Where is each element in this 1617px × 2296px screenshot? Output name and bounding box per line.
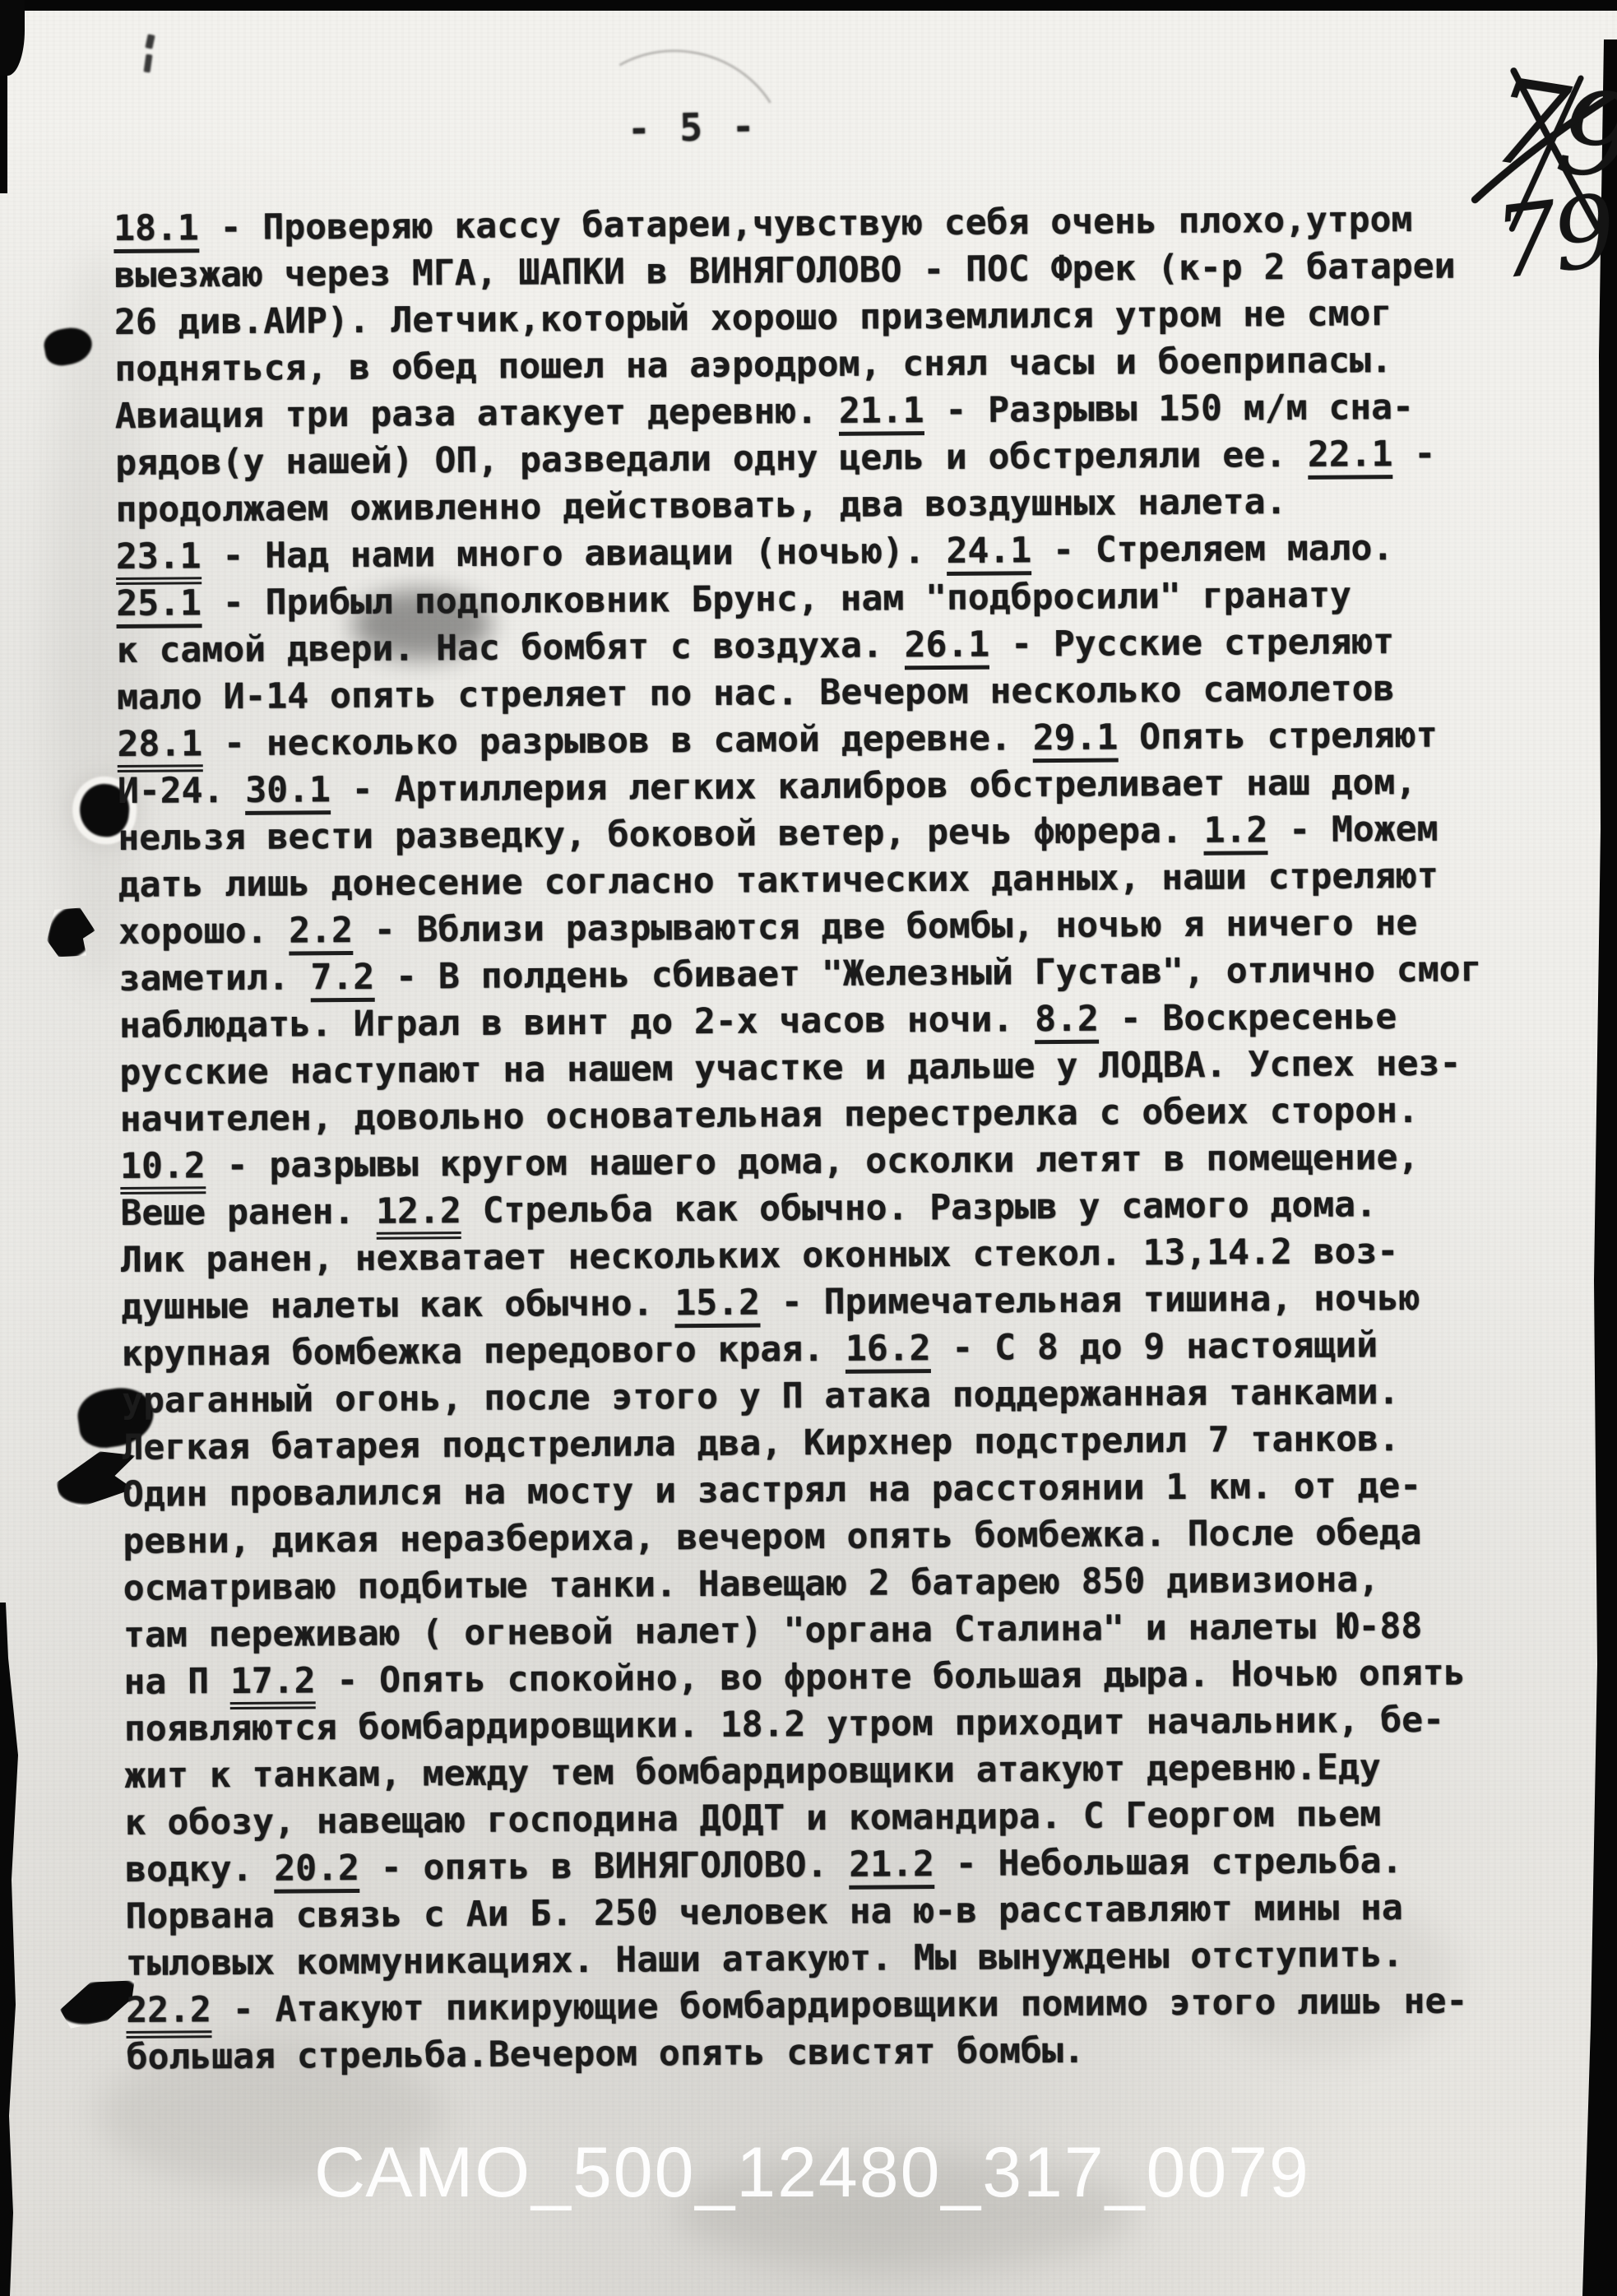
text-segment: - Над нами много авиации (ночью). [201, 531, 946, 577]
text-segment: к обозу, навещаю господина ДОДТ и команд… [125, 1793, 1382, 1844]
text-segment: крупная бомбежка передового края. [122, 1329, 846, 1375]
text-segment: Авиация три раза атакует деревню. [115, 391, 840, 437]
date-marker: 17.2 [230, 1660, 316, 1709]
date-marker: 15.2 [674, 1283, 760, 1329]
text-segment: - Опять спокойно, во фронте большая дыра… [315, 1653, 1465, 1702]
text-segment: рядов(у нашей) ОП, разведали одну цель и… [115, 434, 1308, 484]
text-segment: - Небольшая стрельба. [934, 1840, 1403, 1885]
text-segment: 26 див.АИР). Летчик,который хорошо призе… [114, 293, 1392, 343]
text-segment: наблюдать. Играл в винт до 2-х часов ноч… [119, 999, 1036, 1046]
text-segment: - Можем [1267, 809, 1438, 851]
date-marker: 22.1 [1308, 434, 1393, 480]
text-segment: - Артиллерия легких калибров обстреливае… [331, 762, 1417, 810]
date-marker: 16.2 [846, 1328, 931, 1374]
text-segment: там переживаю ( огневой налет) "органа С… [123, 1606, 1422, 1656]
text-segment: Лик ранен, нехватает нескольких оконных … [121, 1231, 1399, 1281]
text-segment: начителен, довольно основательная перест… [120, 1090, 1419, 1140]
text-segment: водку. [125, 1848, 275, 1890]
text-segment: осматриваю подбитые танки. Навещаю 2 бат… [123, 1559, 1380, 1609]
text-line: большая стрельба.Вечером опять свистят б… [127, 2025, 1554, 2081]
scanned-document-page: - 5 - 79 79 18.1 - Проверяю кассу батаре… [0, 0, 1617, 2296]
date-marker: 23.1 [116, 536, 202, 585]
text-segment: - [1392, 434, 1435, 475]
text-segment: Опять стреляют [1118, 715, 1438, 758]
date-marker: 21.2 [849, 1844, 934, 1890]
archive-watermark: САМО_500_12480_317_0079 [314, 2132, 1310, 2214]
text-segment: - Вблизи разрываются две бомбы, ночью я … [353, 902, 1418, 951]
text-segment: - Стреляем мало. [1031, 527, 1393, 571]
date-marker: 24.1 [946, 530, 1031, 576]
date-marker: 18.1 [114, 207, 199, 253]
text-body: 18.1 - Проверяю кассу батареи,чувствую с… [114, 196, 1554, 2081]
text-segment: продолжаем оживленно действовать, два во… [115, 481, 1286, 531]
text-segment: - разрывы кругом нашего дома, осколки ле… [206, 1137, 1420, 1186]
text-segment: - Русские стреляют [989, 621, 1394, 665]
text-segment: душные налеты как обычно. [121, 1283, 674, 1328]
text-segment: - С 8 до 9 настоящий [930, 1324, 1378, 1369]
text-segment: - опять в ВИНЯГОЛОВО. [359, 1844, 850, 1889]
text-segment: Порвана связь с Аи Б. 250 человек на ю-в… [125, 1887, 1403, 1937]
date-marker: 7.2 [310, 957, 374, 1003]
text-segment: - В полдень сбивает "Железный Густав", о… [374, 949, 1482, 997]
text-segment: на П [123, 1661, 230, 1703]
scan-edge-left-bottom [0, 1603, 21, 2296]
date-marker: 8.2 [1035, 999, 1099, 1045]
text-segment: нельзя вести разведку, боковой ветер, ре… [118, 810, 1204, 859]
text-segment: заметил. [118, 957, 310, 1000]
date-marker: 12.2 [376, 1190, 461, 1240]
text-segment: Веше ранен. [120, 1191, 376, 1234]
text-segment: И-24. [118, 770, 246, 812]
text-segment: - Воскресенье [1099, 996, 1397, 1040]
text-segment: Легкая батарея подстрелила два, Кирхнер … [122, 1418, 1400, 1468]
text-segment: дать лишь донесение согласно тактических… [118, 856, 1439, 906]
date-marker: 10.2 [120, 1145, 206, 1194]
text-segment: Один провалился на мосту и застрял на ра… [123, 1465, 1421, 1515]
text-segment: ревни, дикая неразбериха, вечером опять … [123, 1512, 1421, 1562]
text-segment: - Прибыл подполковник Брунс, нам "подбро… [202, 575, 1351, 624]
text-segment: выезжаю через МГА, ШАПКИ в ВИНЯГОЛОВО - … [114, 246, 1455, 296]
text-segment: к самой двери. Нас бомбят с воздуха. [117, 624, 905, 671]
text-segment: тыловых коммуникациях. Наши атакуют. Мы … [126, 1934, 1404, 1984]
date-marker: 1.2 [1203, 809, 1267, 856]
date-marker: 21.1 [839, 390, 924, 436]
text-segment: мало И-14 опять стреляет по нас. Вечером… [117, 668, 1395, 718]
text-segment: ураганный огонь, после этого у П атака п… [122, 1371, 1400, 1422]
date-marker: 22.2 [126, 1989, 211, 2039]
text-segment: Стрельба как обычно. Разрыв у самого дом… [461, 1184, 1378, 1231]
text-segment: русские наступают на нашем участке и дал… [119, 1043, 1461, 1093]
scan-edge-right [1579, 39, 1617, 2296]
text-line: 22.2 - Атакуют пикирующие бомбардировщик… [126, 1978, 1554, 2034]
date-marker: 25.1 [116, 582, 202, 629]
scan-edge-top [0, 0, 1617, 11]
text-segment: - Примечательная тишина, ночью [760, 1278, 1420, 1324]
text-segment: - Проверяю кассу батареи,чувствую себя о… [199, 199, 1413, 248]
text-segment: - Разрывы 150 м/м сна- [924, 387, 1414, 431]
text-segment: подняться, в обед пошел на аэродром, сня… [114, 340, 1392, 390]
date-marker: 2.2 [289, 910, 353, 956]
text-segment: - Атакуют пикирующие бомбардировщики пом… [211, 1981, 1468, 2031]
date-marker: 26.1 [904, 624, 989, 670]
text-line: рядов(у нашей) ОП, разведали одну цель и… [115, 430, 1543, 487]
text-segment: большая стрельба.Вечером опять свистят б… [127, 2030, 1085, 2078]
torn-corner [0, 0, 25, 76]
text-segment: хорошо. [118, 911, 289, 953]
text-segment: - несколько разрывов в самой деревне. [202, 717, 1033, 764]
ink-speck [145, 35, 156, 72]
text-segment: жит к танкам, между тем бомбардировщики … [124, 1746, 1381, 1797]
date-marker: 29.1 [1033, 717, 1119, 763]
date-marker: 30.1 [245, 769, 331, 815]
text-segment: появляются бомбардировщики. 18.2 утром п… [124, 1700, 1444, 1750]
page-number: - 5 - [627, 104, 758, 151]
date-marker: 28.1 [117, 723, 202, 772]
date-marker: 20.2 [274, 1848, 359, 1894]
